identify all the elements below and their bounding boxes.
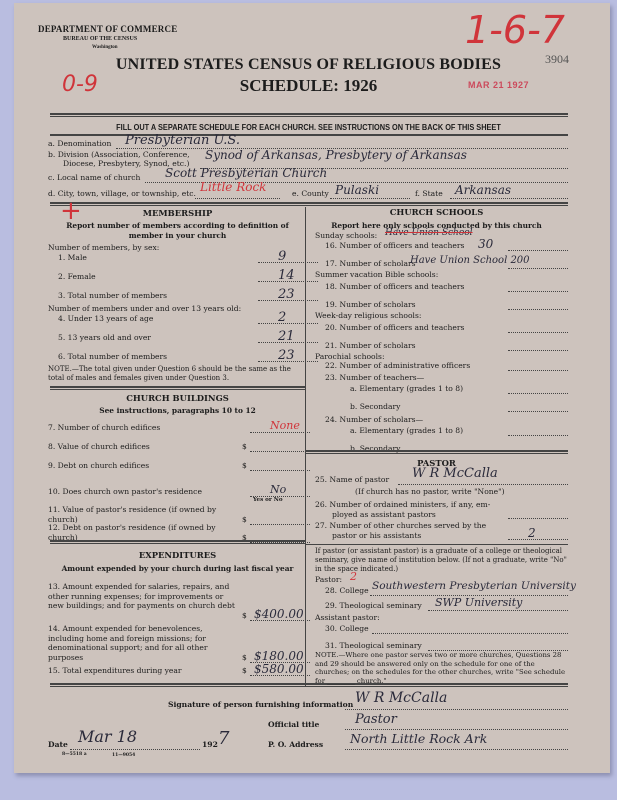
members-by-age-label: Number of members under and over 13 year… <box>48 304 241 313</box>
schools-weekday-scholars-field[interactable] <box>508 350 568 351</box>
membership-under-13-label: 4. Under 13 years of age <box>58 314 153 323</box>
schools-summer-officers-label: 18. Number of officers and teachers <box>325 282 464 291</box>
membership-male-label: 1. Male <box>58 253 87 262</box>
date-label: Date <box>48 740 68 749</box>
form-number: 3904 <box>545 52 569 67</box>
schools-parochial-admin-officers-field[interactable] <box>508 370 568 371</box>
members-by-sex-label: Number of members, by sex: <box>48 243 159 252</box>
buildings-pastor-residence-value-label: 11. Value of pastor's residence (if owne… <box>48 505 233 524</box>
buildings-title: CHURCH BUILDINGS <box>50 393 305 403</box>
buildings-church-edifices-debt-field[interactable] <box>250 470 310 471</box>
schools-parochial-teachers-label: 23. Number of teachers— <box>325 373 424 382</box>
buildings-church-edifices-count-field[interactable] <box>250 432 310 433</box>
buildings-church-edifices-value-label: 8. Value of church edifices <box>48 442 150 451</box>
city-field-line <box>195 198 280 199</box>
membership-over-13-label: 5. 13 years old and over <box>58 333 151 342</box>
red-annotation-top: 1-6-7 <box>465 8 565 52</box>
summer-schools-label: Summer vacation Bible schools: <box>315 270 438 279</box>
state-value[interactable]: Arkansas <box>455 183 511 197</box>
other-churches-value[interactable]: 2 <box>528 526 536 540</box>
county-label: e. County <box>292 189 329 198</box>
state-field-line <box>450 198 568 199</box>
state-label: f. State <box>415 189 443 198</box>
buildings-subtitle: See instructions, paragraphs 10 to 12 <box>50 406 305 415</box>
expenditures-total-expenditures-currency: $ <box>242 666 247 675</box>
signature-label: Signature of person furnishing informati… <box>168 700 353 709</box>
sunday-schools-label: Sunday schools: <box>315 231 377 240</box>
assistant-pastor-subheading: Assistant pastor: <box>315 613 380 622</box>
city-heading: Washington <box>92 45 118 50</box>
buildings-church-edifices-count-value[interactable]: None <box>270 419 300 432</box>
buildings-church-edifices-debt-label: 9. Debt on church edifices <box>48 461 149 470</box>
county-value[interactable]: Pulaski <box>335 183 379 197</box>
pastor-name-value[interactable]: W R McCalla <box>412 466 498 481</box>
parochial-schools-label: Parochial schools: <box>315 352 385 361</box>
schools-parochial-teachers-secondary-field[interactable] <box>508 411 568 412</box>
received-date-stamp: MAR 21 1927 <box>468 80 529 90</box>
denomination-value[interactable]: Presbyterian U.S. <box>125 133 240 148</box>
buildings-pastor-residence-value-field[interactable] <box>250 524 310 525</box>
buildings-owns-pastor-residence-label: 10. Does church own pastor's residence <box>48 487 202 496</box>
other-churches-label: 27. Number of other churches served by t… <box>315 521 486 530</box>
form-code-1: 8—5518 a <box>62 752 87 757</box>
membership-male-value[interactable]: 9 <box>278 249 286 264</box>
form-code-2: 11—9054 <box>112 753 135 758</box>
buildings-church-edifices-value-field[interactable] <box>250 451 310 452</box>
membership-over-13-value[interactable]: 21 <box>278 329 295 344</box>
schools-parochial-admin-officers-label: 22. Number of administrative officers <box>325 361 470 370</box>
sunday-schools-note: Have Union School <box>385 228 473 238</box>
schools-sunday-scholars-field[interactable] <box>508 268 568 269</box>
bureau-heading: BUREAU OF THE CENSUS <box>63 36 137 42</box>
pastor-separator <box>305 544 568 546</box>
assistant-pastors-field[interactable] <box>508 518 568 519</box>
official-title-line <box>345 729 568 730</box>
other-churches-label-cont: pastor or his assistants <box>332 531 421 540</box>
schools-sunday-officers-label: 16. Number of officers and teachers <box>325 241 464 250</box>
schools-weekday-scholars-label: 21. Number of scholars <box>325 341 416 350</box>
date-value[interactable]: Mar 18 <box>78 727 137 746</box>
schools-summer-scholars-label: 19. Number of scholars <box>325 300 416 309</box>
other-churches-field[interactable] <box>508 539 568 540</box>
assistant-pastors-label-cont: ployed as assistant pastors <box>332 510 436 519</box>
city-value[interactable]: Little Rock <box>200 180 266 194</box>
local-name-label: c. Local name of church <box>48 173 140 182</box>
division-value[interactable]: Synod of Arkansas, Presbytery of Arkansa… <box>205 148 467 162</box>
red-annotation-left: 0-9 <box>62 72 98 97</box>
membership-under-13-field[interactable] <box>258 323 318 324</box>
signature-line <box>345 709 568 710</box>
pastor-name-line <box>398 484 568 485</box>
expenditures-running-expenses-label: 13. Amount expended for salaries, repair… <box>48 582 238 611</box>
header-rule <box>50 113 568 117</box>
seminary-value[interactable]: SWP University <box>435 596 522 609</box>
seminary-line <box>428 610 568 611</box>
schools-sunday-officers-value[interactable]: 30 <box>478 237 493 251</box>
schools-separator <box>305 450 568 454</box>
expenditures-total-expenditures-label: 15. Total expenditures during year <box>48 666 182 675</box>
asst-college-label: 30. College <box>325 624 369 633</box>
department-heading: DEPARTMENT OF COMMERCE <box>38 24 177 34</box>
denomination-label: a. Denomination <box>48 139 111 148</box>
schools-summer-officers-field[interactable] <box>508 291 568 292</box>
yes-no-hint: Yes or No <box>253 497 283 503</box>
schools-parochial-teachers-elementary-label: a. Elementary (grades 1 to 8) <box>350 384 463 393</box>
expenditures-benevolences-currency: $ <box>242 653 247 662</box>
schools-parochial-scholars-label: 24. Number of scholars— <box>325 415 423 424</box>
membership-under-13-value[interactable]: 2 <box>278 310 286 325</box>
membership-title: MEMBERSHIP <box>50 208 305 218</box>
membership-male-field[interactable] <box>258 262 318 263</box>
column-divider <box>305 207 306 687</box>
expenditures-running-expenses-currency: $ <box>242 611 247 620</box>
expenditures-benevolences-value[interactable]: $180.00 <box>254 649 304 663</box>
division-label: b. Division (Association, Conference, <box>48 150 190 159</box>
signature-value[interactable]: W R McCalla <box>355 690 447 706</box>
county-field-line <box>330 198 410 199</box>
year-prefix: 192 <box>202 740 218 749</box>
membership-total-members-value[interactable]: 23 <box>278 287 295 302</box>
po-address-label: P. O. Address <box>268 740 323 749</box>
date-line <box>70 749 200 750</box>
membership-total-members-label: 3. Total number of members <box>58 291 167 300</box>
membership-female-value[interactable]: 14 <box>278 268 295 283</box>
instructions-banner: FILL OUT A SEPARATE SCHEDULE FOR EACH CH… <box>25 123 593 132</box>
expenditures-benevolences-label: 14. Amount expended for benevolences, in… <box>48 624 238 662</box>
buildings-church-edifices-debt-currency: $ <box>242 461 247 470</box>
membership-separator <box>50 386 305 390</box>
college-label: 28. College <box>325 586 369 595</box>
buildings-owns-pastor-residence-value[interactable]: No <box>270 483 286 496</box>
schools-weekday-officers-field[interactable] <box>508 332 568 333</box>
schools-summer-scholars-field[interactable] <box>508 309 568 310</box>
seminary-label: 29. Theological seminary <box>325 601 422 610</box>
schools-sunday-officers-field[interactable] <box>508 250 568 251</box>
buildings-pastor-residence-value-currency: $ <box>242 515 247 524</box>
pastor-subheading: Pastor: <box>315 575 342 584</box>
pastor-name-label: 25. Name of pastor <box>315 475 389 484</box>
weekday-schools-label: Week-day religious schools: <box>315 311 421 320</box>
po-address-value[interactable]: North Little Rock Ark <box>350 731 487 746</box>
schools-title: CHURCH SCHOOLS <box>305 207 568 217</box>
pastor-name-hint: (If church has no pastor, write "None") <box>355 487 505 496</box>
membership-female-label: 2. Female <box>58 272 96 281</box>
schools-parochial-teachers-secondary-label: b. Secondary <box>350 402 400 411</box>
expenditures-running-expenses-value[interactable]: $400.00 <box>254 607 304 621</box>
membership-total-members-by-age-label: 6. Total number of members <box>58 352 167 361</box>
schools-parochial-scholars-elementary-field[interactable] <box>508 435 568 436</box>
pastor-red-mark: 2 <box>350 570 357 583</box>
expenditures-title: EXPENDITURES <box>50 550 305 560</box>
asst-college-line[interactable] <box>372 633 568 634</box>
schools-weekday-officers-label: 20. Number of officers and teachers <box>325 323 464 332</box>
po-address-line <box>345 749 568 750</box>
college-value[interactable]: Southwestern Presbyterian University <box>372 580 576 592</box>
membership-note: NOTE.—The total given under Question 6 s… <box>48 365 305 383</box>
schools-parochial-scholars-elementary-label: a. Elementary (grades 1 to 8) <box>350 426 463 435</box>
buildings-church-edifices-value-currency: $ <box>242 442 247 451</box>
expenditures-total-expenditures-value[interactable]: $580.00 <box>254 662 304 676</box>
local-name-value[interactable]: Scott Presbyterian Church <box>165 166 327 180</box>
buildings-separator <box>50 540 305 544</box>
official-title-label: Official title <box>268 720 319 729</box>
identity-separator <box>50 202 568 206</box>
official-title-value[interactable]: Pastor <box>355 712 397 727</box>
pastor-note: NOTE.—Where one pastor serves two or mor… <box>315 651 568 685</box>
asst-seminary-label: 31. Theological seminary <box>325 641 422 650</box>
year-suffix[interactable]: 7 <box>218 728 229 749</box>
membership-total-members-by-age-value[interactable]: 23 <box>278 348 295 363</box>
membership-subtitle: Report number of members according to de… <box>65 221 290 241</box>
schools-parochial-teachers-elementary-field[interactable] <box>508 393 568 394</box>
expenditures-subtitle: Amount expended by your church during la… <box>50 564 305 573</box>
schools-sunday-scholars-label: 17. Number of scholars <box>325 259 416 268</box>
buildings-church-edifices-count-label: 7. Number of church edifices <box>48 423 160 432</box>
assistant-pastors-label: 26. Number of ordained ministers, if any… <box>315 500 490 509</box>
schools-sunday-scholars-value[interactable]: Have Union School 200 <box>410 255 530 266</box>
